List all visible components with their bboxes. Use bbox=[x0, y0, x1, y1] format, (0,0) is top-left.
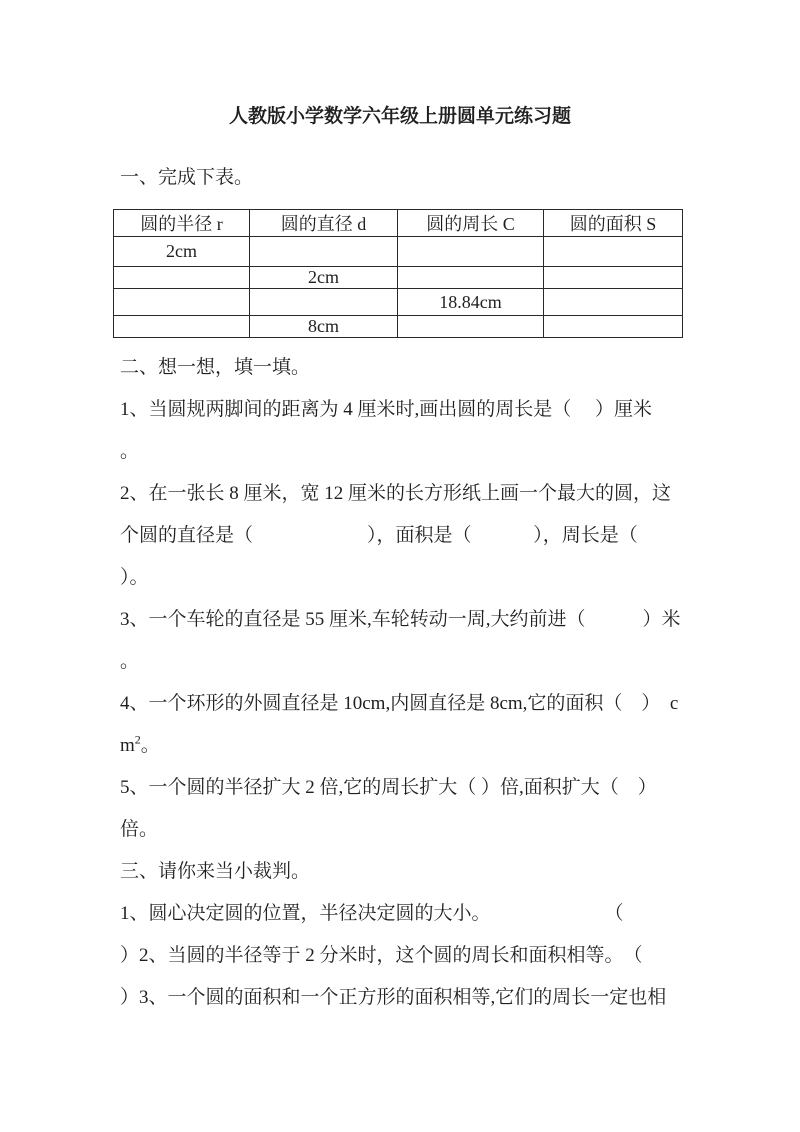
question-3-line-1: 3、一个车轮的直径是 55 厘米,车轮转动一周,大约前进（ ）米 bbox=[120, 599, 800, 641]
table-header-row: 圆的半径 r 圆的直径 d 圆的周长 C 圆的面积 S bbox=[114, 210, 683, 237]
judgement-1-line: 1、圆心决定圆的位置，半径决定圆的大小。 （ bbox=[120, 893, 800, 935]
table-row: 18.84cm bbox=[114, 289, 683, 316]
table-cell: 8cm bbox=[250, 316, 398, 338]
question-2-line-2: 个圆的直径是（ ），面积是（ ），周长是（ bbox=[120, 515, 800, 557]
worksheet-body: 一、完成下表。 圆的半径 r 圆的直径 d 圆的周长 C 圆的面积 S 2cm bbox=[120, 157, 800, 1019]
question-2-line-1: 2、在一张长 8 厘米，宽 12 厘米的长方形纸上画一个最大的圆，这 bbox=[120, 473, 800, 515]
table-cell bbox=[544, 267, 683, 289]
section2-heading: 二、想一想，填一填。 bbox=[120, 347, 800, 389]
table-cell bbox=[250, 289, 398, 316]
question-2-line-3: ）。 bbox=[120, 557, 800, 599]
table-cell bbox=[398, 267, 544, 289]
header-cell-radius: 圆的半径 r bbox=[114, 210, 250, 237]
table-cell: 18.84cm bbox=[398, 289, 544, 316]
period: 。 bbox=[141, 735, 160, 756]
table-cell bbox=[544, 316, 683, 338]
judgement-3-line: ）3、一个圆的面积和一个正方形的面积相等,它们的周长一定也相 bbox=[120, 977, 800, 1019]
header-cell-area: 圆的面积 S bbox=[544, 210, 683, 237]
table-cell bbox=[398, 237, 544, 267]
question-1-line-1: 1、当圆规两脚间的距离为 4 厘米时,画出圆的周长是（ ）厘米 bbox=[120, 389, 800, 431]
table-cell bbox=[114, 289, 250, 316]
header-cell-diameter: 圆的直径 d bbox=[250, 210, 398, 237]
table-cell bbox=[398, 316, 544, 338]
header-cell-circumference: 圆的周长 C bbox=[398, 210, 544, 237]
page-title: 人教版小学数学六年级上册圆单元练习题 bbox=[0, 96, 800, 138]
question-5-line-1: 5、一个圆的半径扩大 2 倍,它的周长扩大（ ）倍,面积扩大（ ） bbox=[120, 767, 800, 809]
table-cell bbox=[250, 237, 398, 267]
table-cell bbox=[544, 289, 683, 316]
worksheet-page: 人教版小学数学六年级上册圆单元练习题 一、完成下表。 圆的半径 r 圆的直径 d… bbox=[0, 0, 800, 1132]
question-4-line-2: m2。 bbox=[120, 725, 800, 767]
unit-m: m bbox=[120, 735, 135, 756]
table-cell bbox=[114, 316, 250, 338]
table-cell: 2cm bbox=[250, 267, 398, 289]
section3-heading: 三、请你来当小裁判。 bbox=[120, 851, 800, 893]
table-row: 2cm bbox=[114, 237, 683, 267]
question-4-line-1: 4、一个环形的外圆直径是 10cm,内圆直径是 8cm,它的面积（ ） c bbox=[120, 683, 800, 725]
circle-fill-in-table: 圆的半径 r 圆的直径 d 圆的周长 C 圆的面积 S 2cm 2cm bbox=[113, 209, 683, 338]
table-row: 2cm bbox=[114, 267, 683, 289]
table-cell bbox=[114, 267, 250, 289]
section1-heading: 一、完成下表。 bbox=[120, 157, 800, 199]
question-1-line-2: 。 bbox=[120, 431, 800, 473]
table-cell: 2cm bbox=[114, 237, 250, 267]
judgement-2-line: ）2、当圆的半径等于 2 分米时，这个圆的周长和面积相等。 （ bbox=[120, 935, 800, 977]
table-row: 8cm bbox=[114, 316, 683, 338]
question-3-line-2: 。 bbox=[120, 641, 800, 683]
question-5-line-2: 倍。 bbox=[120, 809, 800, 851]
table-cell bbox=[544, 237, 683, 267]
